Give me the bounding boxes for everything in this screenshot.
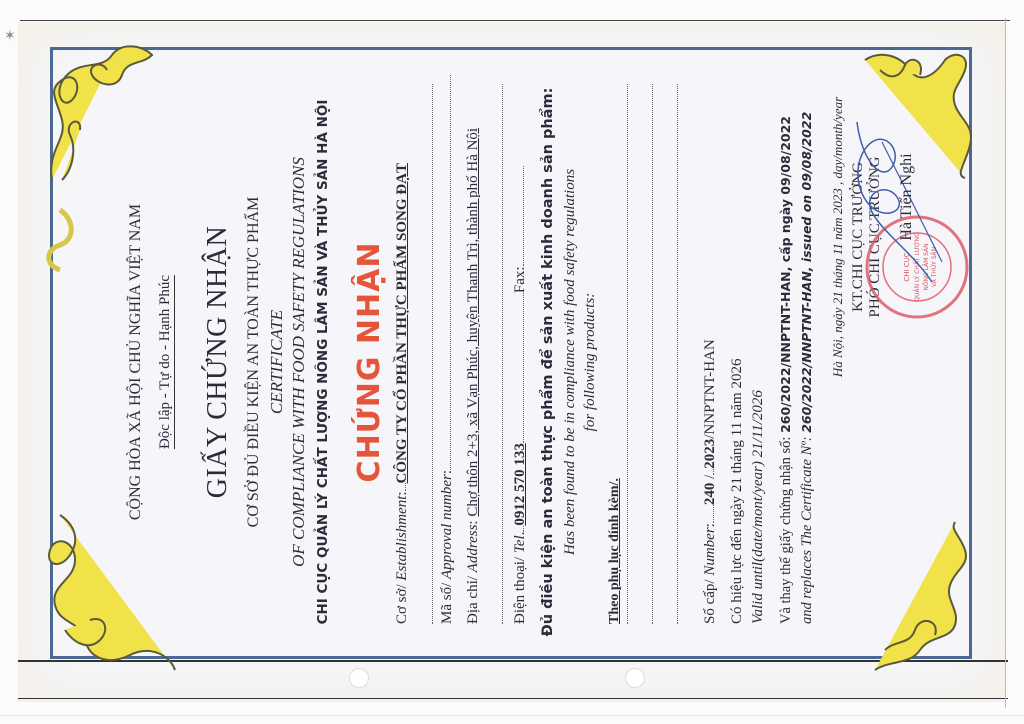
motto: Độc lập - Tự do - Hạnh Phúc — [157, 275, 175, 449]
address-field: Địa chỉ/ Address: Chợ thôn 2+3, xã Vạn P… — [465, 84, 482, 624]
establishment-field: Cơ sở/ Establishment:CÔNG TY CỔ PHẦN THỰ… — [394, 84, 411, 624]
number-suffix: /NNPTNT-HAN — [702, 339, 718, 438]
certificate-content: CỘNG HÒA XÃ HỘI CHỦ NGHĨA VIỆT NAM Độc l… — [102, 72, 922, 652]
certify-heading: CHỨNG NHẬN — [352, 72, 387, 652]
address-value: Chợ thôn 2+3, xã Vạn Phúc, huyện Thanh T… — [465, 128, 481, 517]
dotted-line — [502, 84, 503, 624]
dotted-line — [677, 84, 678, 624]
scan-edge-bottom-2 — [18, 698, 1008, 699]
tel-label-vi: Điện thoại/ — [512, 553, 528, 624]
number-label-en: Number — [702, 527, 718, 575]
certificate-number-field: Số cấp/ Number:240 /2023/NNPTNT-HAN — [702, 84, 719, 624]
address-label-vi: Địa chỉ/ — [465, 572, 481, 624]
establishment-label-vi: Cơ sở/ — [394, 581, 410, 624]
valid-until-en: Valid until(date/mont/year) 21/11/2026 — [750, 84, 767, 624]
compliance-statement-en-1: Has been found to be in compliance with … — [562, 72, 579, 652]
approval-label-vi: Mã số/ — [439, 579, 455, 624]
tel-label-en: Tel — [512, 535, 528, 553]
certificate-title: GIẤY CHỨNG NHẬN — [202, 72, 234, 652]
number-label-vi: Số cấp/ — [702, 576, 718, 624]
issuing-agency: CHI CỤC QUẢN LÝ CHẤT LƯỢNG NÔNG LÂM SẢN … — [315, 72, 331, 652]
address-label-en: Address — [465, 525, 481, 573]
compliance-statement-vi: Đủ điều kiện an toàn thực phẩm để sản xu… — [540, 72, 556, 652]
number-value-2: 2023 — [702, 439, 718, 469]
replaces-certificate-vi: Và thay thế giấy chứng nhận số: 260/2022… — [778, 84, 795, 624]
scan-edge-top — [20, 20, 1010, 21]
number-value-1: 240 — [702, 483, 718, 506]
ornament-side-left-icon — [40, 205, 80, 275]
punch-hole-icon — [625, 668, 645, 688]
establishment-label-en: Establishment — [394, 496, 410, 581]
fax-label: Fax — [512, 271, 528, 294]
republic-header: CỘNG HÒA XÃ HỘI CHỦ NGHĨA VIỆT NAM — [127, 72, 145, 652]
dotted-line — [652, 84, 653, 624]
subtitle-vi: CƠ SỞ ĐỦ ĐIỀU KIỆN AN TOÀN THỰC PHẨM — [245, 72, 263, 652]
signer-name: Hà Tiến Nghi — [898, 72, 916, 322]
replaces-certificate-en: and replaces The Certificate Nº: 260/202… — [799, 84, 816, 624]
valid-until-vi: Có hiệu lực đến ngày 21 tháng 11 năm 202… — [729, 84, 746, 624]
punch-hole-icon — [349, 668, 369, 688]
replaces-label-vi: Và thay thế giấy chứng nhận số: — [778, 433, 794, 624]
scan-edge-faint — [0, 715, 1024, 716]
telephone-field: Điện thoại/ Tel.0912 570 133Fax: — [512, 84, 529, 624]
replaces-value-vi: 260/2022/NNPTNT-HAN, cấp ngày 09/08/2022 — [778, 116, 793, 433]
dotted-line — [432, 84, 433, 624]
subtitle-en-1: CERTIFICATE — [267, 72, 287, 652]
approval-number-field: Mã số/ Approval number: — [439, 84, 456, 624]
subtitle-en-2: OF COMPLIANCE WITH FOOD SAFETY REGULATIO… — [289, 72, 309, 652]
scan-edge-right — [1005, 18, 1006, 708]
asterisk-mark-icon: ✶ — [4, 28, 16, 45]
products-value: Theo phụ lục đính kèm/. — [607, 84, 623, 624]
approval-label-en: Approval number — [439, 474, 455, 579]
establishment-value: CÔNG TY CỔ PHẦN THỰC PHẨM SONG ĐẠT — [394, 163, 410, 483]
tel-value: 0912 570 133 — [512, 443, 528, 526]
dotted-line — [627, 84, 628, 624]
replaces-label-en: and replaces The Certificate Nº: — [799, 433, 815, 624]
replaces-value-en: 260/2022/NNPTNT-HAN, issued on 09/08/202… — [799, 112, 814, 433]
compliance-statement-en-2: for following products: — [582, 72, 599, 652]
